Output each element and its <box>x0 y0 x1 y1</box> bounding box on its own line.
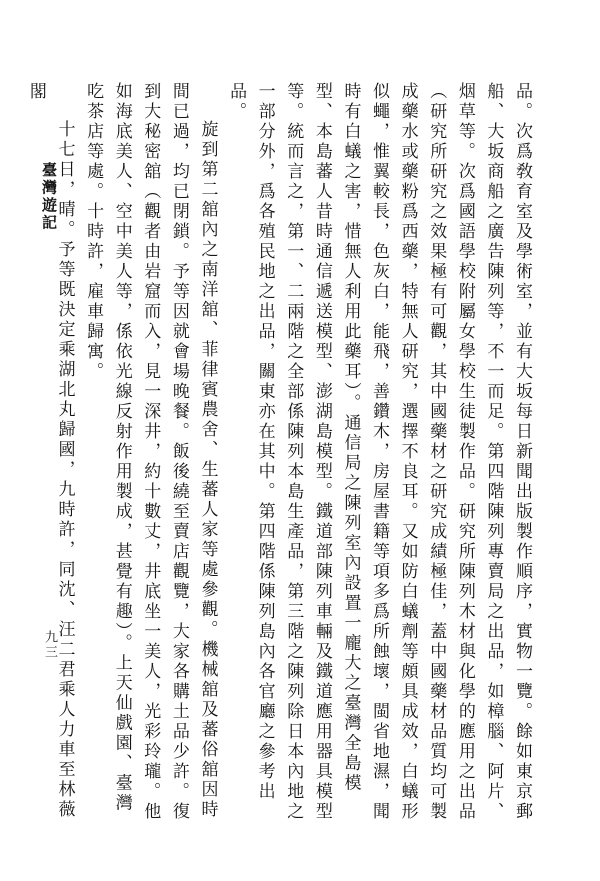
main-text: 品。次爲敎育室及學術室，並有大坂每日新聞出版製作順序，實物一覽。餘如東京郵船、大… <box>21 82 536 824</box>
paragraph-second-hall-visit: 旋到第二舘內之南洋舘、菲律賓農舍、生蕃人家等處參觀。機械舘及蕃俗舘因時間已過，均… <box>79 82 222 824</box>
paragraph-day-seventeen: 十七日，晴。予等既決定乘湖北丸歸國，九時許，同沈、汪二君乘人力車至林薇閣 <box>21 82 78 824</box>
book-page: 臺灣遊記 九三 品。次爲敎育室及學術室，並有大坂每日新聞出版製作順序，實物一覽。… <box>0 0 600 881</box>
paragraph-exhibition-halls: 品。次爲敎育室及學術室，並有大坂每日新聞出版製作順序，實物一覽。餘如東京郵船、大… <box>221 82 536 824</box>
